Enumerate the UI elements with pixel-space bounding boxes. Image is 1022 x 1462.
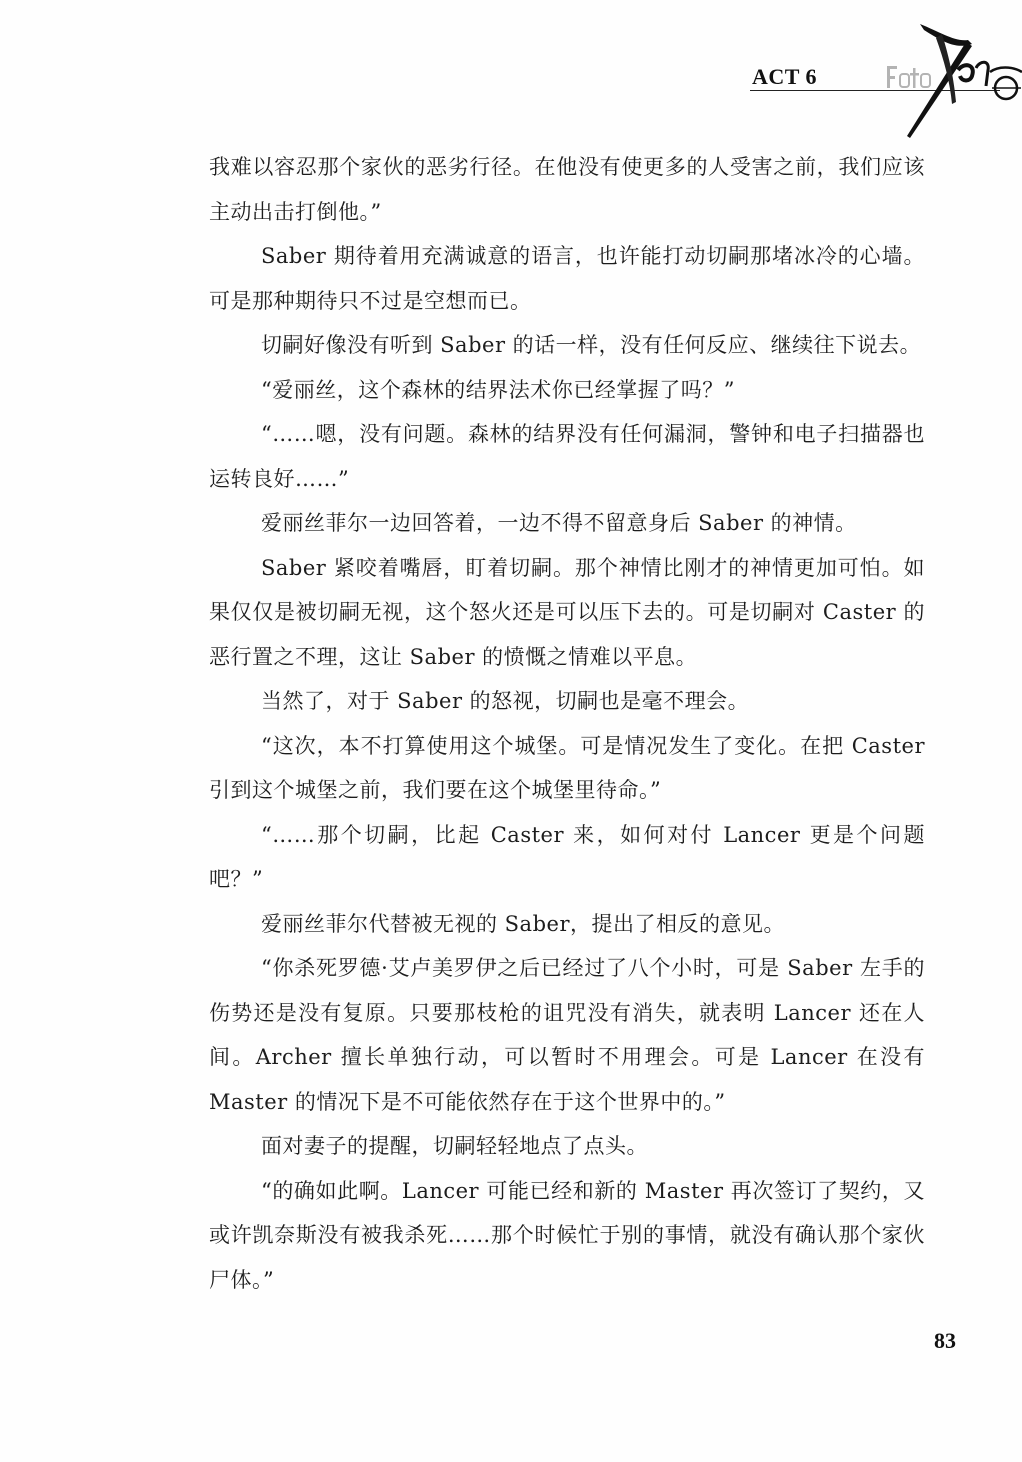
paragraph: 我难以容忍那个家伙的恶劣行径。在他没有使更多的人受害之前，我们应该主动出击打倒他…: [209, 145, 925, 234]
running-header: ACT 6: [750, 20, 1022, 140]
paragraph: 爱丽丝菲尔代替被无视的 Saber，提出了相反的意见。: [209, 902, 925, 947]
page-number: 83: [934, 1328, 956, 1354]
paragraph: 切嗣好像没有听到 Saber 的话一样，没有任何反应、继续往下说去。: [209, 323, 925, 368]
paragraph: “的确如此啊。Lancer 可能已经和新的 Master 再次签订了契约，又或许…: [209, 1169, 925, 1303]
paragraph: “……那个切嗣，比起 Caster 来，如何对付 Lancer 更是个问题吧？”: [209, 813, 925, 902]
body-text: 我难以容忍那个家伙的恶劣行径。在他没有使更多的人受害之前，我们应该主动出击打倒他…: [209, 145, 925, 1302]
paragraph: 爱丽丝菲尔一边回答着，一边不得不留意身后 Saber 的神情。: [209, 501, 925, 546]
paragraph: 面对妻子的提醒，切嗣轻轻地点了点头。: [209, 1124, 925, 1169]
fate-zero-logo-icon: [880, 20, 1022, 140]
paragraph: 当然了，对于 Saber 的怒视，切嗣也是毫不理会。: [209, 679, 925, 724]
paragraph: “这次，本不打算使用这个城堡。可是情况发生了变化。在把 Caster 引到这个城…: [209, 724, 925, 813]
paragraph: Saber 紧咬着嘴唇，盯着切嗣。那个神情比刚才的神情更加可怕。如果仅仅是被切嗣…: [209, 546, 925, 680]
paragraph: “你杀死罗德·艾卢美罗伊之后已经过了八个小时，可是 Saber 左手的伤势还是没…: [209, 946, 925, 1124]
paragraph: “爱丽丝，这个森林的结界法术你已经掌握了吗？”: [209, 368, 925, 413]
chapter-label: ACT 6: [752, 64, 817, 90]
paragraph: Saber 期待着用充满诚意的语言，也许能打动切嗣那堵冰冷的心墙。可是那种期待只…: [209, 234, 925, 323]
paragraph: “……嗯，没有问题。森林的结界没有任何漏洞，警钟和电子扫描器也运转良好……”: [209, 412, 925, 501]
book-page: ACT 6 我难以容忍那个家伙的恶劣行径: [0, 0, 1022, 1462]
